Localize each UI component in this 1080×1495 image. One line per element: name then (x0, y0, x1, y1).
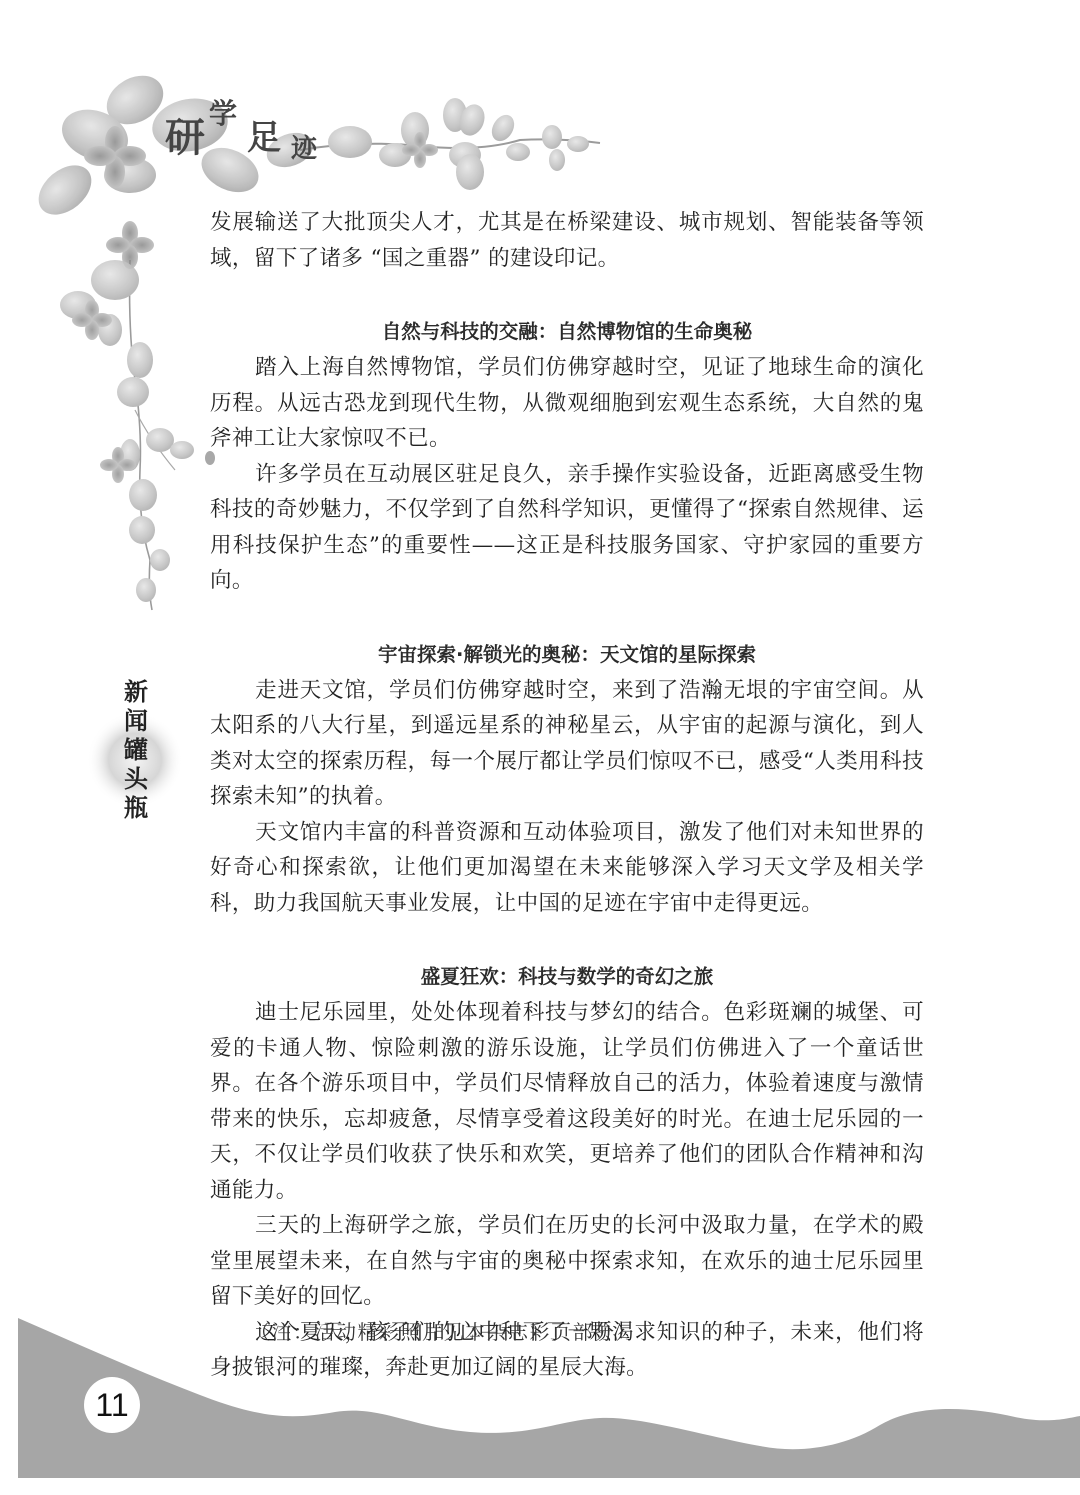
side-label-char: 闻 (112, 707, 160, 736)
side-label-char: 瓶 (112, 794, 160, 823)
spacer (210, 921, 924, 959)
section-heading-planetarium: 宇宙探索·解锁光的奥秘：天文馆的星际探索 (210, 637, 924, 673)
title-char: 研 (165, 106, 205, 163)
photo-note: （注：活动精彩照片见本杂志彩页部分） (250, 1316, 637, 1345)
title-char: 学 (209, 92, 237, 132)
section-heading-natural-museum: 自然与科技的交融：自然博物馆的生命奥秘 (210, 314, 924, 350)
intro-paragraph: 发展输送了大批顶尖人才，尤其是在桥梁建设、城市规划、智能装备等领域，留下了诸多 … (210, 205, 924, 276)
section-header-title: 研 学 足 迹 (165, 92, 385, 162)
article-body: 发展输送了大批顶尖人才，尤其是在桥梁建设、城市规划、智能装备等领域，留下了诸多 … (210, 205, 924, 1386)
paragraph: 走进天文馆，学员们仿佛穿越时空，来到了浩瀚无垠的宇宙空间。从太阳系的八大行星，到… (210, 673, 924, 815)
section-heading-disney: 盛夏狂欢：科技与数学的奇幻之旅 (210, 959, 924, 995)
title-char: 足 (247, 110, 281, 159)
page-number-text: 11 (95, 1387, 128, 1424)
paragraph: 三天的上海研学之旅，学员们在历史的长河中汲取力量，在学术的殿堂里展望未来，在自然… (210, 1208, 924, 1315)
side-label-char: 罐 (112, 736, 160, 765)
side-label-char: 新 (112, 678, 160, 707)
paragraph: 踏入上海自然博物馆，学员们仿佛穿越时空，见证了地球生命的演化历程。从远古恐龙到现… (210, 350, 924, 457)
column-side-label: 新 闻 罐 头 瓶 (112, 678, 160, 823)
paragraph: 许多学员在互动展区驻足良久，亲手操作实验设备，近距离感受生物科技的奇妙魅力，不仅… (210, 457, 924, 599)
vine-left-hanging (60, 260, 215, 610)
page-number: 11 (84, 1377, 140, 1433)
spacer (210, 599, 924, 637)
paragraph: 天文馆内丰富的科普资源和互动体验项目，激发了他们对未知世界的好奇心和探索欲，让他… (210, 815, 924, 922)
paragraph: 迪士尼乐园里，处处体现着科技与梦幻的结合。色彩斑斓的城堡、可爱的卡通人物、惊险刺… (210, 995, 924, 1208)
side-label-char: 头 (112, 765, 160, 794)
title-char: 迹 (291, 128, 317, 165)
spacer (210, 276, 924, 314)
